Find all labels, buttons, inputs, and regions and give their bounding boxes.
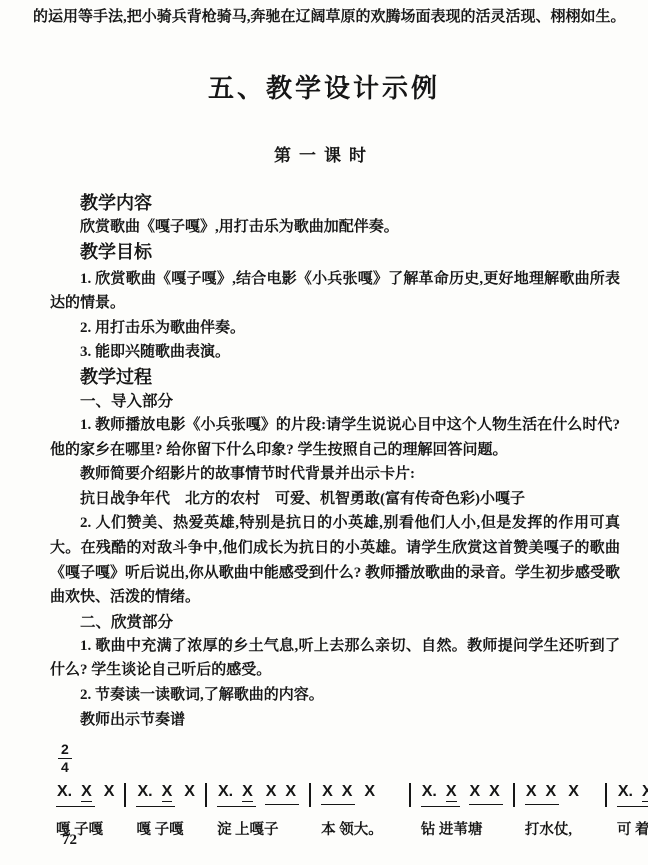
lyric-text: 打水仗, (525, 818, 579, 839)
eighth-note: X (489, 783, 500, 800)
beamed-note-group: X X (321, 783, 355, 805)
lyric-text: 嘎 子嘎 (136, 818, 194, 839)
note-row: X. X X X (617, 783, 648, 809)
section-heading-content: 教学内容 (80, 191, 620, 215)
quarter-note: X (104, 783, 115, 800)
eighth-note: X (285, 783, 296, 800)
barline (513, 783, 515, 807)
beamed-note-group: X. X (617, 783, 648, 807)
beamed-note-group: X X (265, 783, 299, 805)
time-signature-denominator: 4 (58, 759, 72, 775)
barline (309, 783, 311, 807)
beamed-note-group: X. X (217, 783, 256, 807)
eighth-note: X (546, 783, 557, 800)
appreciation-paragraph-1: 1. 歌曲中充满了浓厚的乡土气息,听上去那么亲切、自然。教师提问学生还听到了什么… (50, 634, 620, 683)
quarter-note: X (364, 783, 375, 800)
rhythm-score: 2 4 X. X X 嘎 子嘎 X. (56, 742, 648, 839)
lyric-text: 可 着嗓子 (617, 818, 648, 839)
subsection-heading-intro: 一、导入部分 (80, 391, 620, 413)
objectives-list: 1. 欣赏歌曲《嘎子嘎》,结合电影《小兵张嘎》了解革命历史,更好地理解歌曲所表达… (50, 267, 620, 365)
dotted-eighth-note: X. (57, 783, 72, 802)
rhythm-measure-1: X. X X 嘎 子嘎 (56, 783, 114, 839)
content-paragraph: 欣赏歌曲《嘎子嘎》,用打击乐为歌曲加配伴奏。 (50, 215, 620, 240)
lyric-text: 本 领大。 (321, 818, 383, 839)
objective-item: 2. 用打击乐为歌曲伴奏。 (50, 316, 620, 341)
quarter-note: X (568, 783, 579, 800)
time-signature-numerator: 2 (58, 742, 72, 759)
note-row: X. X X (136, 783, 194, 809)
note-row: X X X (525, 783, 579, 809)
dotted-eighth-note: X. (218, 783, 233, 802)
appreciation-paragraph-2: 2. 节奏读一读歌词,了解歌曲的内容。 (50, 683, 620, 708)
lesson-heading: 第一课时 (0, 145, 648, 167)
note-row: X X X (321, 783, 383, 809)
lyric-text: 钻 进苇塘 (421, 818, 503, 839)
continuation-paragraph: 的运用等手法,把小骑兵背枪骑马,奔驰在辽阔草原的欢腾场面表现的活灵活现、栩栩如生… (33, 7, 638, 27)
beamed-note-group: X. X (421, 783, 460, 807)
sixteenth-note: X (81, 783, 92, 802)
eighth-note: X (470, 783, 481, 800)
barline (605, 783, 607, 807)
note-row: X. X X (56, 783, 114, 809)
barline (124, 783, 126, 807)
beamed-note-group: X. X (56, 783, 95, 807)
rhythm-measure-4: X X X 本 领大。 (321, 783, 383, 839)
eighth-note: X (322, 783, 333, 800)
barline (205, 783, 207, 807)
time-signature: 2 4 (58, 742, 72, 775)
eighth-note: X (266, 783, 277, 800)
lyric-text: 淀 上嘎子 (217, 818, 299, 839)
note-row: X. X X X (217, 783, 299, 809)
beamed-note-group: X. X (136, 783, 175, 807)
appreciation-paragraph-3: 教师出示节奏谱 (50, 708, 620, 733)
sixteenth-note: X (242, 783, 253, 802)
objective-item: 1. 欣赏歌曲《嘎子嘎》,结合电影《小兵张嘎》了解革命历史,更好地理解歌曲所表达… (50, 267, 620, 316)
rhythm-measure-7: X. X X X 可 着嗓子 (617, 783, 648, 839)
section-heading-process: 教学过程 (80, 365, 620, 389)
beamed-note-group: X X (469, 783, 503, 805)
dotted-eighth-note: X. (422, 783, 437, 802)
document-page: 的运用等手法,把小骑兵背枪骑马,奔驰在辽阔草原的欢腾场面表现的活灵活现、栩栩如生… (0, 0, 648, 865)
eighth-note: X (526, 783, 537, 800)
page-number: 72 (62, 832, 77, 849)
intro-card-line: 抗日战争年代 北方的农村 可爱、机智勇敢(富有传奇色彩)小嘎子 (50, 487, 620, 512)
intro-paragraph-3: 2. 人们赞美、热爱英雄,特别是抗日的小英雄,别看他们人小,但是发挥的作用可真大… (50, 511, 620, 609)
sixteenth-note: X (162, 783, 173, 802)
note-row: X. X X X (421, 783, 503, 809)
dotted-eighth-note: X. (618, 783, 633, 802)
beamed-note-group: X X (525, 783, 559, 805)
rhythm-measure-3: X. X X X 淀 上嘎子 (217, 783, 299, 839)
quarter-note: X (184, 783, 195, 800)
page-title: 五、教学设计示例 (0, 73, 648, 103)
rhythm-measure-6: X X X 打水仗, (525, 783, 579, 839)
sixteenth-note: X (642, 783, 648, 802)
rhythm-line: X. X X 嘎 子嘎 X. X X 嘎 子嘎 (56, 783, 648, 839)
barline (409, 783, 411, 807)
section-heading-objectives: 教学目标 (80, 240, 620, 264)
rhythm-measure-5: X. X X X 钻 进苇塘 (421, 783, 503, 839)
rhythm-measure-2: X. X X 嘎 子嘎 (136, 783, 194, 839)
body-column: 教学内容 欣赏歌曲《嘎子嘎》,用打击乐为歌曲加配伴奏。 教学目标 1. 欣赏歌曲… (50, 191, 620, 732)
dotted-eighth-note: X. (137, 783, 152, 802)
subsection-heading-appreciation: 二、欣赏部分 (80, 612, 620, 634)
objective-item: 3. 能即兴随歌曲表演。 (50, 340, 620, 365)
sixteenth-note: X (446, 783, 457, 802)
intro-paragraph-1: 1. 教师播放电影《小兵张嘎》的片段:请学生说说心目中这个人物生活在什么时代? … (50, 413, 620, 462)
eighth-note: X (342, 783, 353, 800)
intro-paragraph-2: 教师简要介绍影片的故事情节时代背景并出示卡片: (50, 462, 620, 487)
